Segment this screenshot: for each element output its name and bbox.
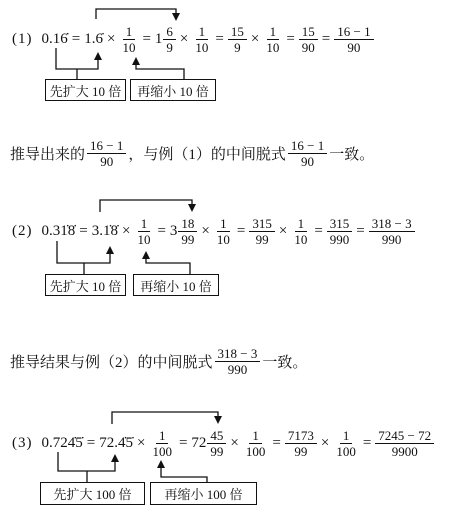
numerator: 45 — [207, 428, 226, 444]
shrink-note-box-2: 再缩小 10 倍 — [133, 274, 219, 296]
numerator: 15 — [228, 24, 247, 40]
repeating-decimal-1: 0.16̇ — [42, 31, 68, 48]
final-fraction-2: 318 − 3990 — [369, 216, 415, 247]
numerator: 1 — [295, 216, 308, 232]
denominator: 90 — [298, 154, 317, 169]
example-1-equation: (1) 0.16̇ = 1.6̇ × 110 = 1 69 × 110 = 15… — [12, 16, 374, 62]
paragraph-text: 推导结果与例（2）的中间脱式 — [10, 351, 213, 372]
times-sign: × — [179, 31, 189, 48]
denominator: 10 — [291, 232, 310, 247]
expand-note-box-3: 先扩大 100 倍 — [40, 482, 145, 505]
numerator: 1 — [156, 428, 169, 444]
numerator: 1 — [196, 24, 209, 40]
times-sign: × — [229, 435, 239, 452]
equals-sign: = — [355, 223, 365, 240]
numerator: 1 — [123, 24, 136, 40]
numerator: 315 — [327, 216, 353, 232]
times-sign: × — [250, 31, 260, 48]
paragraph-text: 推导出来的 — [10, 143, 85, 164]
numerator: 315 — [249, 216, 275, 232]
paragraph-text: 一致。 — [329, 143, 374, 164]
mixed-whole: 1 — [155, 31, 163, 48]
shrink-connector-1 — [136, 64, 184, 79]
example-2-label: (2) — [12, 223, 33, 240]
shrink-fraction: 1100 — [333, 428, 359, 459]
denominator: 990 — [327, 232, 353, 247]
product-fraction-1: 1590 — [299, 24, 318, 55]
equals-sign: = — [71, 31, 81, 48]
denominator: 9 — [163, 40, 176, 55]
shrink-fraction: 110 — [291, 216, 310, 247]
product-fraction-2: 315990 — [327, 216, 353, 247]
equals-sign: = — [178, 435, 188, 452]
denominator: 990 — [379, 232, 405, 247]
shrink-fraction: 110 — [192, 24, 211, 55]
denominator: 10 — [192, 40, 211, 55]
shrink-fraction: 1100 — [149, 428, 175, 459]
times-sign: × — [278, 223, 288, 240]
mixed-number-2: 3 1899 — [170, 216, 198, 247]
example-3-equation: (3) 0.724̇5̇ = 72.4̇5̇ × 1100 = 72 4599 … — [12, 420, 434, 466]
inline-fraction: 318 − 3990 — [215, 346, 261, 377]
numerator: 1 — [217, 216, 230, 232]
shrink-fraction: 110 — [214, 216, 233, 247]
times-sign: × — [136, 435, 146, 452]
numerator: 16 − 1 — [87, 138, 126, 154]
denominator: 9900 — [389, 444, 421, 459]
numerator: 318 − 3 — [215, 346, 261, 362]
improper-fraction-2: 31599 — [249, 216, 275, 247]
mixed-fraction: 1899 — [178, 216, 197, 247]
expanded-decimal-3: 72.4̇5̇ — [99, 435, 133, 452]
times-sign: × — [106, 31, 116, 48]
equals-sign: = — [313, 223, 323, 240]
conclusion-paragraph-1: 推导出来的 16 − 190 ，与例（1）的中间脱式 16 − 190 一致。 — [10, 135, 374, 171]
final-fraction-1: 16 − 190 — [334, 24, 373, 55]
repeating-decimal-3: 0.724̇5̇ — [42, 435, 83, 452]
paragraph-text: 一致。 — [262, 351, 307, 372]
equals-sign: = — [321, 31, 331, 48]
shrink-fraction: 1100 — [243, 428, 269, 459]
improper-fraction-1: 159 — [228, 24, 247, 55]
numerator: 1 — [249, 428, 262, 444]
expanded-decimal-1: 1.6̇ — [84, 31, 103, 48]
denominator: 99 — [207, 444, 226, 459]
example-1-label: (1) — [12, 31, 33, 48]
shrink-note-box-3: 再缩小 100 倍 — [150, 482, 257, 505]
numerator: 1 — [138, 216, 151, 232]
example-3-label: (3) — [12, 435, 33, 452]
denominator: 990 — [225, 362, 251, 377]
numerator: 1 — [340, 428, 353, 444]
denominator: 99 — [291, 444, 310, 459]
mixed-fraction: 69 — [163, 24, 176, 55]
shrink-fraction: 110 — [134, 216, 153, 247]
mixed-whole: 3 — [170, 223, 178, 240]
denominator: 99 — [253, 232, 272, 247]
inline-fraction: 16 − 190 — [87, 138, 126, 169]
denominator: 90 — [344, 40, 363, 55]
numerator: 16 − 1 — [334, 24, 373, 40]
equals-sign: = — [78, 223, 88, 240]
equals-sign: = — [285, 31, 295, 48]
numerator: 1 — [267, 24, 280, 40]
equals-sign: = — [156, 223, 166, 240]
equals-sign: = — [86, 435, 96, 452]
expand-note-box-1: 先扩大 10 倍 — [45, 79, 126, 101]
numerator: 18 — [178, 216, 197, 232]
denominator: 100 — [243, 444, 269, 459]
numerator: 15 — [299, 24, 318, 40]
shrink-connector-2 — [146, 258, 190, 274]
denominator: 90 — [97, 154, 116, 169]
shrink-note-box-1: 再缩小 10 倍 — [130, 79, 216, 101]
numerator: 7173 — [285, 428, 317, 444]
denominator: 90 — [299, 40, 318, 55]
denominator: 10 — [119, 40, 138, 55]
repeating-decimal-2: 0.31̇8̇ — [42, 223, 76, 240]
numerator: 16 − 1 — [288, 138, 327, 154]
mixed-fraction: 4599 — [207, 428, 226, 459]
equals-sign: = — [214, 31, 224, 48]
denominator: 10 — [214, 232, 233, 247]
final-fraction-3: 7245 − 729900 — [375, 428, 434, 459]
denominator: 100 — [333, 444, 359, 459]
worksheet-page: (1) 0.16̇ = 1.6̇ × 110 = 1 69 × 110 = 15… — [0, 0, 475, 511]
times-sign: × — [200, 223, 210, 240]
times-sign: × — [121, 223, 131, 240]
numerator: 7245 − 72 — [375, 428, 434, 444]
equals-sign: = — [271, 435, 281, 452]
denominator: 10 — [263, 40, 282, 55]
denominator: 99 — [178, 232, 197, 247]
denominator: 10 — [134, 232, 153, 247]
denominator: 100 — [149, 444, 175, 459]
expanded-decimal-2: 3.1̇8̇ — [92, 223, 118, 240]
numerator: 6 — [163, 24, 176, 40]
shrink-connector-3 — [161, 467, 207, 482]
shrink-fraction: 110 — [263, 24, 282, 55]
mixed-number-3: 72 4599 — [191, 428, 226, 459]
inline-fraction: 16 − 190 — [288, 138, 327, 169]
equals-sign: = — [362, 435, 372, 452]
shrink-fraction: 110 — [119, 24, 138, 55]
improper-fraction-3: 717399 — [285, 428, 317, 459]
paragraph-text: ，与例（1）的中间脱式 — [128, 143, 286, 164]
denominator: 9 — [231, 40, 244, 55]
mixed-whole: 72 — [191, 435, 206, 452]
times-sign: × — [320, 435, 330, 452]
mixed-number-1: 1 69 — [155, 24, 176, 55]
conclusion-paragraph-2: 推导结果与例（2）的中间脱式 318 − 3990 一致。 — [10, 343, 307, 379]
example-2-equation: (2) 0.31̇8̇ = 3.1̇8̇ × 110 = 3 1899 × 11… — [12, 208, 415, 254]
equals-sign: = — [236, 223, 246, 240]
equals-sign: = — [141, 31, 151, 48]
numerator: 318 − 3 — [369, 216, 415, 232]
expand-note-box-2: 先扩大 10 倍 — [45, 274, 126, 296]
